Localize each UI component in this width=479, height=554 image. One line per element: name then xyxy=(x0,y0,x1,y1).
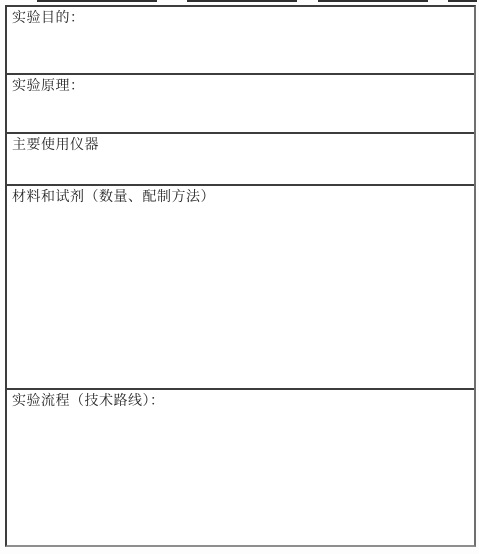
table-row-experiment-objective: 实验目的： xyxy=(7,7,474,73)
experiment-report-table: 实验目的： 实验原理： 主要使用仪器 材料和试剂（数量、配制方法） 实验流程（技… xyxy=(5,5,476,547)
table-row-experiment-principle: 实验原理： xyxy=(7,73,474,132)
row-label: 材料和试剂（数量、配制方法） xyxy=(12,190,215,205)
scanned-report-page: 实验目的： 实验原理： 主要使用仪器 材料和试剂（数量、配制方法） 实验流程（技… xyxy=(0,0,479,554)
table-row-experiment-procedure: 实验流程（技术路线）： xyxy=(7,388,474,545)
row-label: 实验目的： xyxy=(12,11,85,26)
blank-underline xyxy=(187,0,297,2)
table-row-main-instruments: 主要使用仪器 xyxy=(7,132,474,184)
blank-underline xyxy=(37,0,157,2)
row-label: 主要使用仪器 xyxy=(12,138,99,153)
row-label: 实验原理： xyxy=(12,79,85,94)
blank-underline xyxy=(448,0,477,2)
row-label: 实验流程（技术路线）： xyxy=(12,394,165,409)
blank-underline xyxy=(318,0,428,2)
table-row-materials-reagents: 材料和试剂（数量、配制方法） xyxy=(7,184,474,388)
